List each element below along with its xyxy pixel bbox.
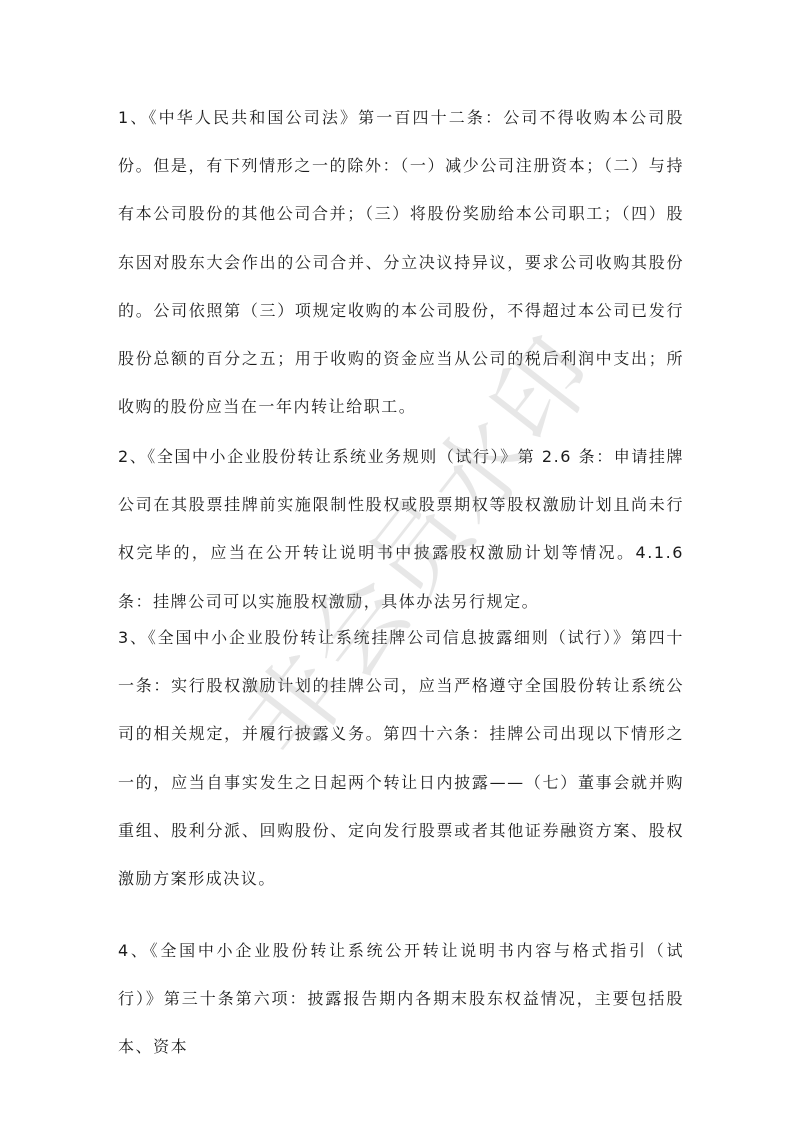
document-page: 1、《中华人民共和国公司法》第一百四十二条：公司不得收购本公司股份。但是，有下列… bbox=[0, 0, 800, 1131]
paragraph-4-prospectus-guidelines: 4、《全国中小企业股份转让系统公开转让说明书内容与格式指引（试行）》第三十条第六… bbox=[118, 927, 684, 1072]
paragraph-1-company-law: 1、《中华人民共和国公司法》第一百四十二条：公司不得收购本公司股份。但是，有下列… bbox=[118, 94, 684, 431]
paragraph-2-business-rules: 2、《全国中小企业股份转让系统业务规则（试行）》第 2.6 条：申请挂牌公司在其… bbox=[118, 433, 684, 626]
paragraph-3-disclosure-rules: 3、《全国中小企业股份转让系统挂牌公司信息披露细则（试行）》第四十一条：实行股权… bbox=[118, 614, 684, 903]
